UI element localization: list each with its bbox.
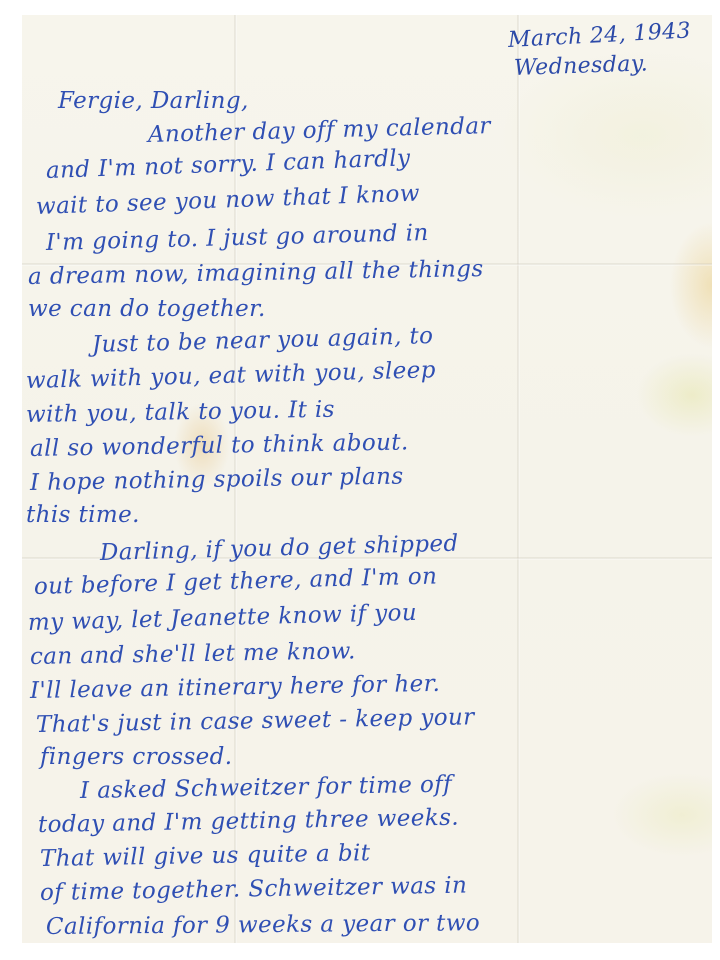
letter-line: we can do together. <box>28 296 266 322</box>
fold-crease-vertical <box>517 15 520 943</box>
letter-salutation: Fergie, Darling, <box>58 88 249 114</box>
letter-line: fingers crossed. <box>40 744 233 770</box>
letter-line: California for 9 weeks a year or two <box>46 910 480 940</box>
letter-line: with you, talk to you. It is <box>26 397 335 428</box>
letter-line: this time. <box>26 502 140 528</box>
letter-weekday: Wednesday. <box>514 51 649 81</box>
